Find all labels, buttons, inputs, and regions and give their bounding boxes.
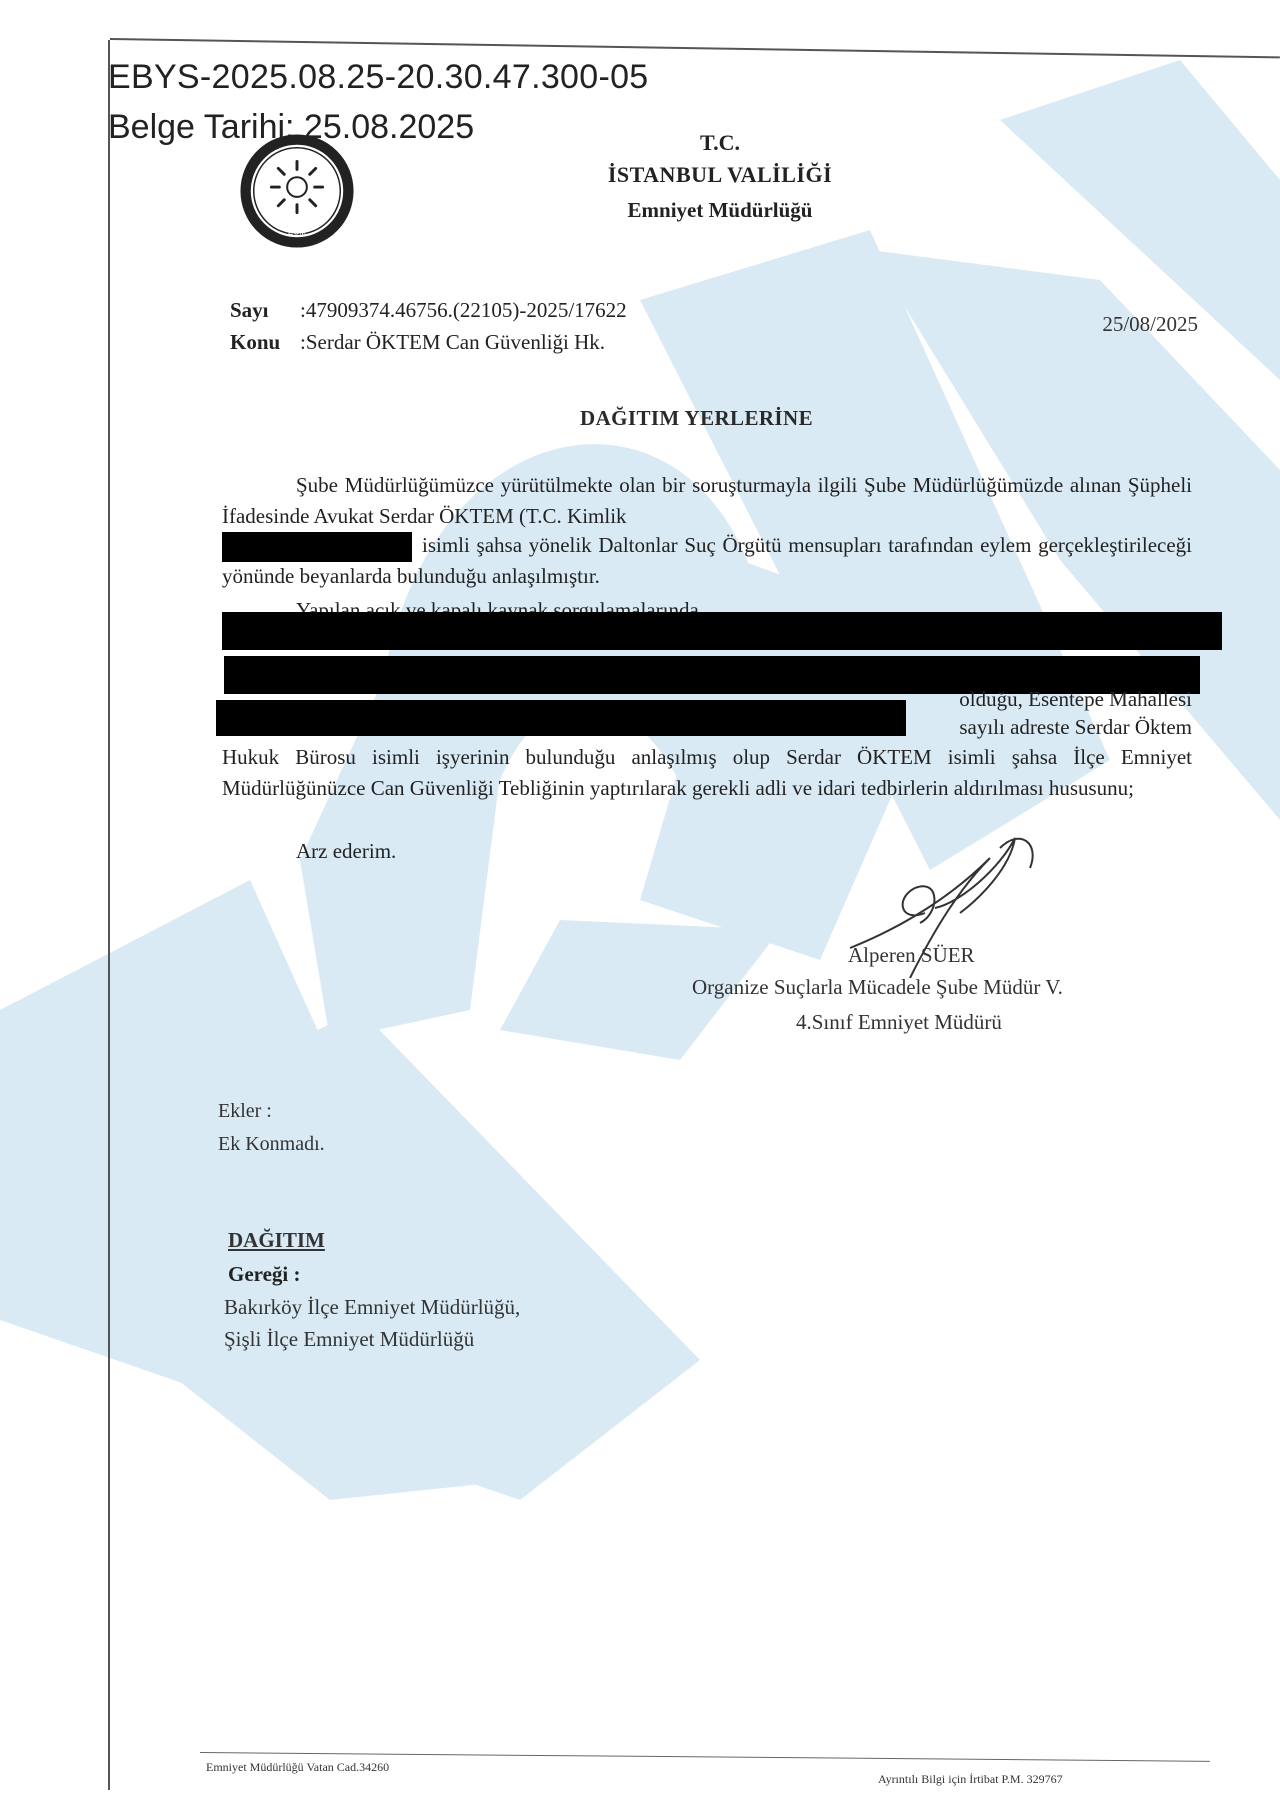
signatory-title: Organize Suçlarla Mücadele Şube Müdür V. (692, 975, 1063, 1000)
document-date: 25/08/2025 (1102, 312, 1198, 337)
svg-text:EGM: EGM (288, 227, 306, 236)
sayi-label: Sayı (230, 298, 300, 323)
redaction-block (222, 612, 1222, 650)
signatory-rank: 4.Sınıf Emniyet Müdürü (796, 1010, 1002, 1035)
paragraph-2-rest: Hukuk Bürosu isimli işyerinin bulunduğu … (222, 742, 1192, 804)
frame-top-line (110, 38, 1280, 58)
sayi-value: :47909374.46756.(22105)-2025/17622 (300, 298, 627, 322)
konu-label: Konu (230, 330, 300, 355)
distribution-item: Bakırköy İlçe Emniyet Müdürlüğü, (224, 1295, 520, 1320)
geregi-label: Gereği : (228, 1262, 301, 1287)
signatory-name: Alperen SÜER (848, 943, 975, 968)
paragraph-1-line1: Şube Müdürlüğümüzce yürütülmekte olan bi… (222, 470, 1192, 532)
egm-emblem-icon: EGM (238, 132, 356, 250)
sayi-row: Sayı:47909374.46756.(22105)-2025/17622 (230, 298, 627, 323)
konu-row: Konu:Serdar ÖKTEM Can Güvenliği Hk. (230, 330, 605, 355)
ekler-value: Ek Konmadı. (218, 1133, 325, 1156)
dagitim-heading: DAĞITIM (228, 1228, 325, 1253)
ekler-label: Ekler : (218, 1100, 272, 1123)
header-tc: T.C. (560, 130, 880, 156)
konu-value: :Serdar ÖKTEM Can Güvenliği Hk. (300, 330, 605, 354)
footer-contact: Ayrıntılı Bilgi için İrtibat P.M. 329767 (878, 1772, 1063, 1787)
distribution-item: Şişli İlçe Emniyet Müdürlüğü (224, 1327, 474, 1352)
header-emniyet-mudurlugu: Emniyet Müdürlüğü (560, 198, 880, 223)
header-istanbul-valiligi: İSTANBUL VALİLİĞİ (560, 162, 880, 188)
ebys-document-id: EBYS-2025.08.25-20.30.47.300-05 (108, 58, 648, 97)
frame-left-line (108, 40, 110, 1790)
closing: Arz ederim. (296, 836, 596, 867)
document-title: DAĞITIM YERLERİNE (580, 406, 813, 431)
footer-address: Emniyet Müdürlüğü Vatan Cad.34260 (206, 1760, 389, 1775)
paragraph-1-line2: isimli şahsa yönelik Daltonlar Suç Örgüt… (222, 530, 1192, 592)
paragraph-2-after-redaction: sayılı adreste Serdar Öktem (222, 712, 1192, 743)
